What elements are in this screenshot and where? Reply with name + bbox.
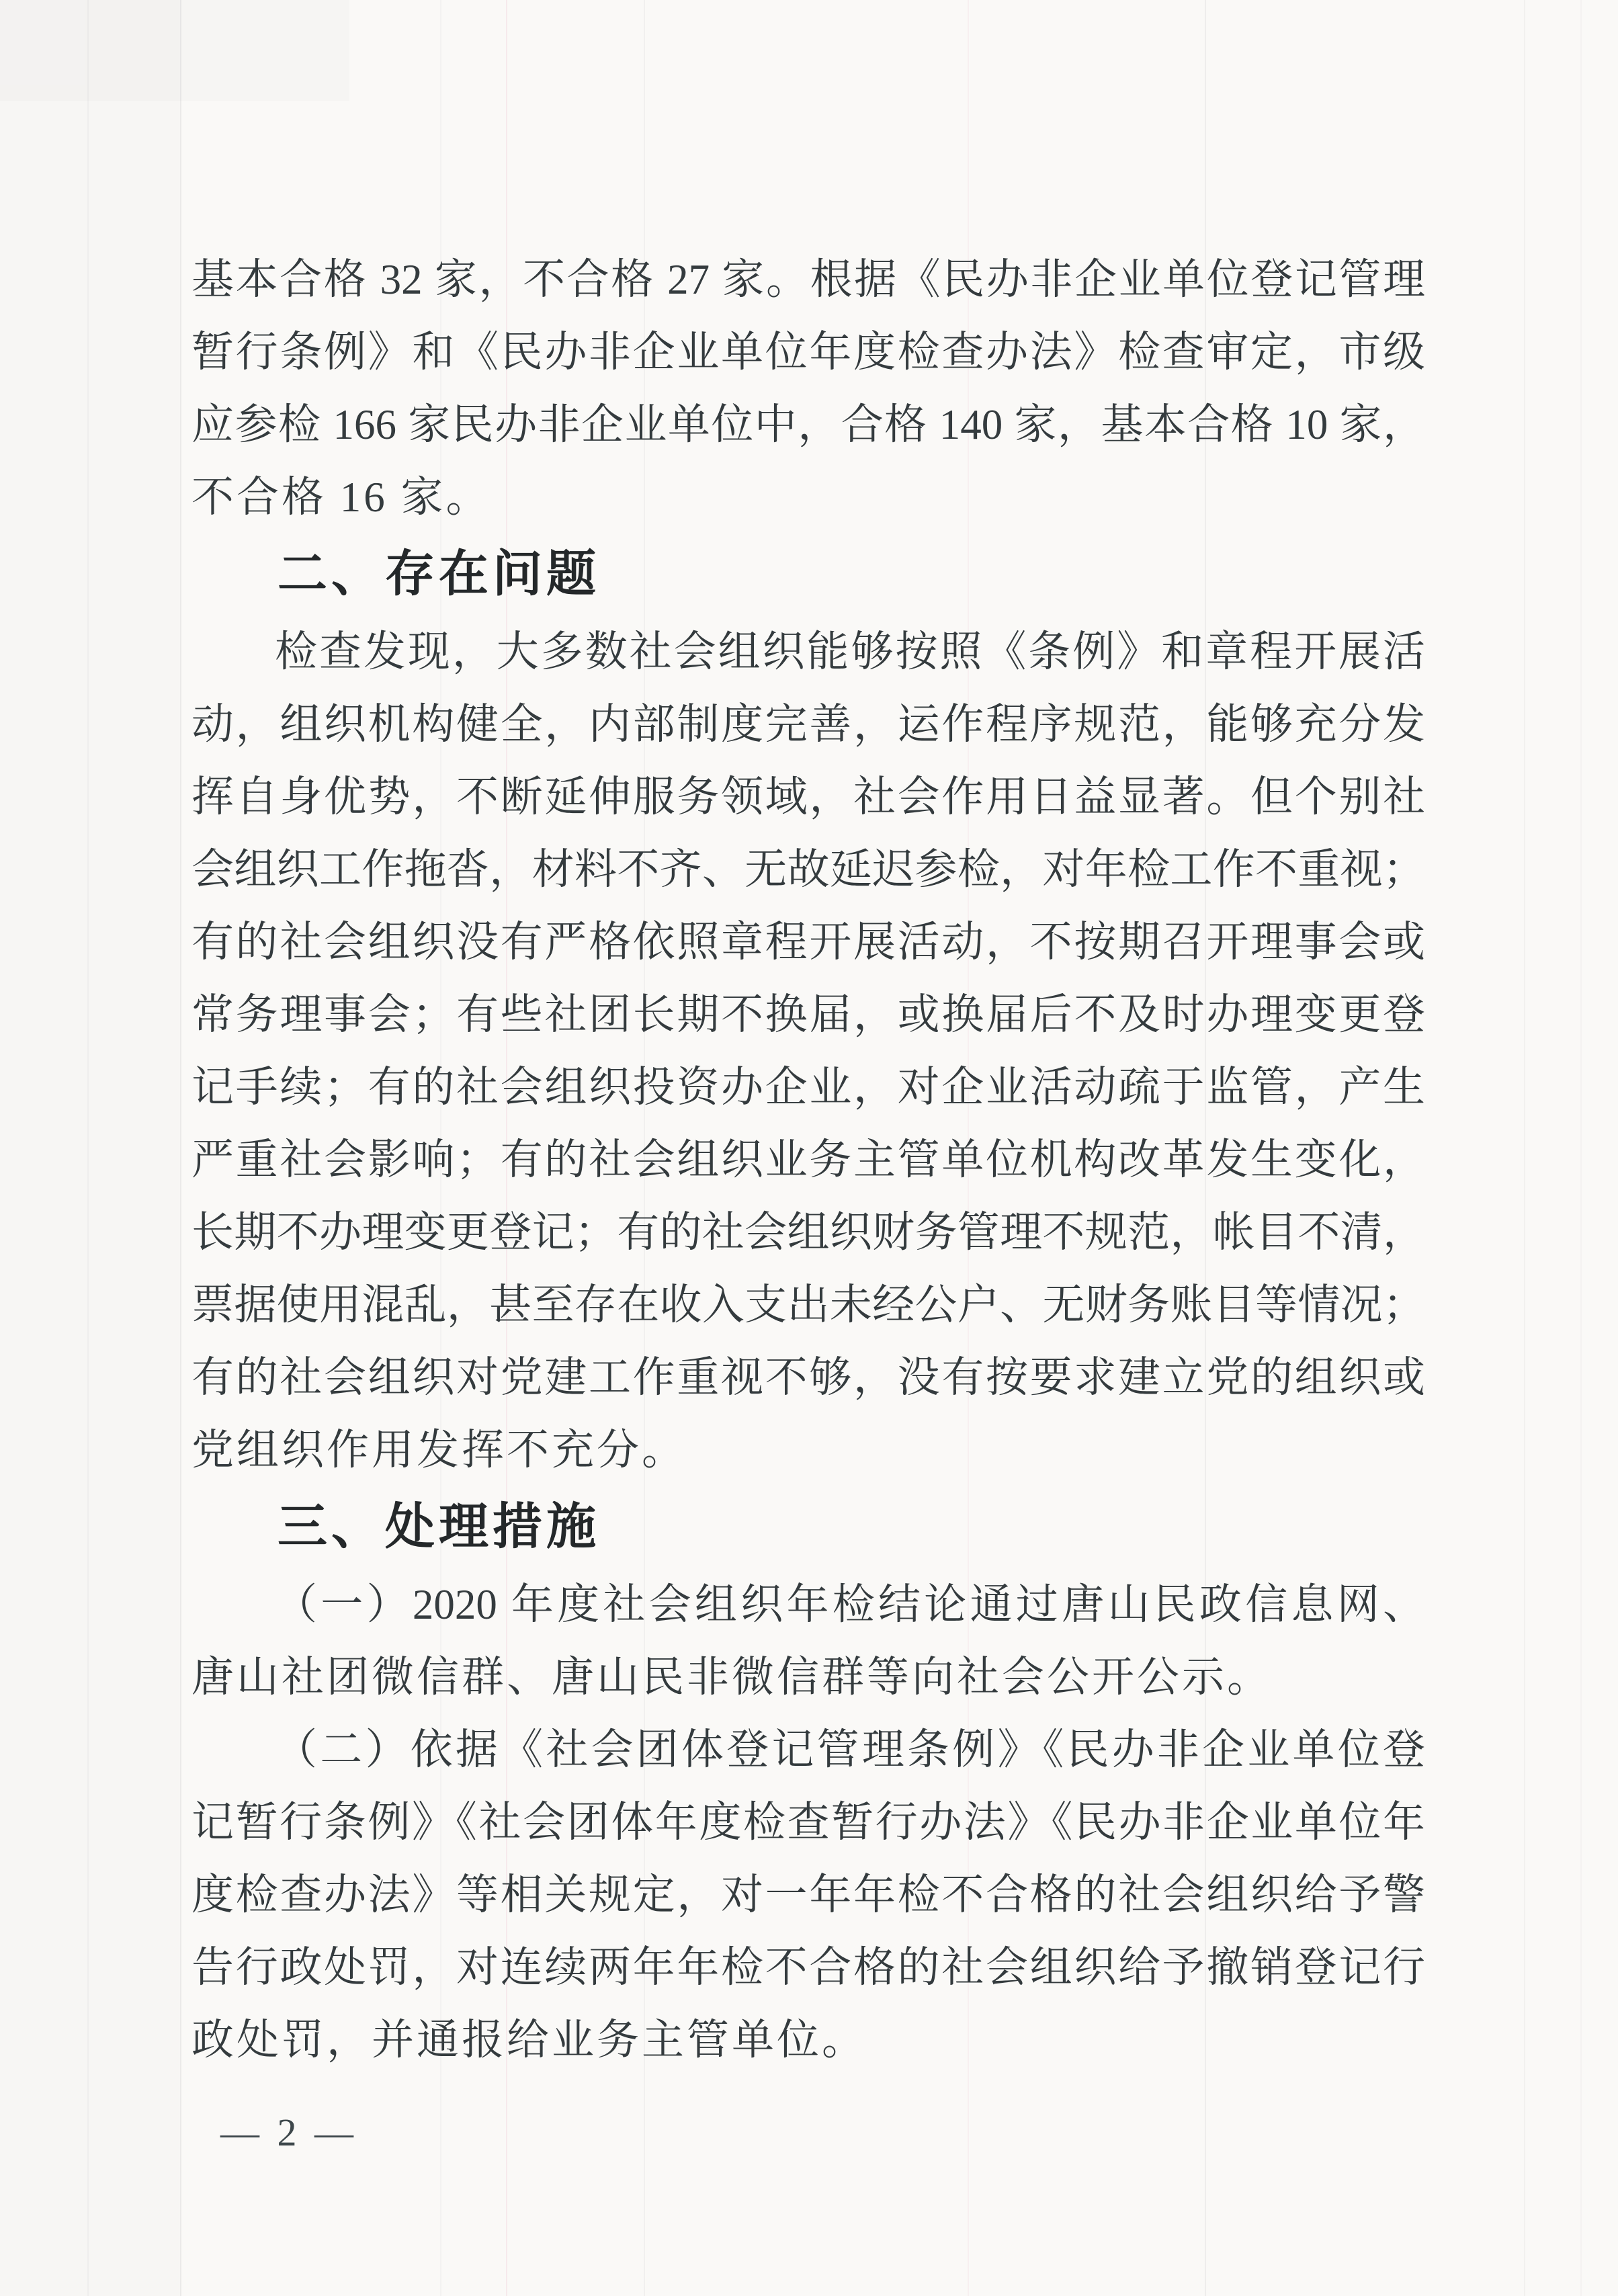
section-heading: 二、存在问题 — [191, 538, 1425, 610]
text-line: （一）2020 年度社会组织年检结论通过唐山民政信息网、 — [191, 1568, 1425, 1641]
scan-shade-topleft — [0, 0, 349, 101]
text-line: 有的社会组织没有严格依照章程开展活动，不按期召开理事会或 — [191, 906, 1425, 978]
text-line: 政处罚，并通报给业务主管单位。 — [191, 2004, 1425, 2076]
text-line: 动，组织机构健全，内部制度完善，运作程序规范，能够充分发 — [191, 688, 1425, 761]
page-number: — 2 — — [220, 2110, 357, 2155]
text-line: 记手续；有的社会组织投资办企业，对企业活动疏于监管，产生 — [191, 1051, 1425, 1123]
text-line: 检查发现，大多数社会组织能够按照《条例》和章程开展活 — [191, 615, 1425, 688]
text-line: 基本合格 32 家，不合格 27 家。根据《民办非企业单位登记管理 — [191, 243, 1425, 316]
scan-artifact-line — [87, 0, 89, 2296]
scan-artifact-line — [1580, 0, 1582, 2296]
text-line: 挥自身优势，不断延伸服务领域，社会作用日益显著。但个别社 — [191, 761, 1425, 833]
text-line: 告行政处罚，对连续两年年检不合格的社会组织给予撤销登记行 — [191, 1931, 1425, 2004]
text-line: 应参检 166 家民办非企业单位中，合格 140 家，基本合格 10 家， — [191, 388, 1425, 461]
text-line: 长期不办理变更登记；有的社会组织财务管理不规范，帐目不清， — [191, 1196, 1425, 1269]
document-body: 基本合格 32 家，不合格 27 家。根据《民办非企业单位登记管理暂行条例》和《… — [191, 243, 1425, 2076]
text-line: 有的社会组织对党建工作重视不够，没有按要求建立党的组织或 — [191, 1341, 1425, 1414]
text-line: 唐山社团微信群、唐山民非微信群等向社会公开公示。 — [191, 1641, 1425, 1713]
section-heading: 三、处理措施 — [191, 1490, 1425, 1563]
text-line: 不合格 16 家。 — [191, 461, 1425, 534]
text-line: 党组织作用发挥不充分。 — [191, 1414, 1425, 1486]
text-line: 度检查办法》等相关规定，对一年年检不合格的社会组织给予警 — [191, 1859, 1425, 1931]
text-line: 常务理事会；有些社团长期不换届，或换届后不及时办理变更登 — [191, 978, 1425, 1051]
text-line: 票据使用混乱，甚至存在收入支出未经公户、无财务账目等情况； — [191, 1269, 1425, 1341]
text-line: 暂行条例》和《民办非企业单位年度检查办法》检查审定，市级 — [191, 316, 1425, 388]
scan-shade-left — [0, 0, 180, 2296]
scan-artifact-line — [1524, 0, 1525, 2296]
text-line: 记暂行条例》《社会团体年度检查暂行办法》《民办非企业单位年 — [191, 1786, 1425, 1859]
scanned-document-page: 基本合格 32 家，不合格 27 家。根据《民办非企业单位登记管理暂行条例》和《… — [0, 0, 1618, 2296]
text-line: （二）依据《社会团体登记管理条例》《民办非企业单位登 — [191, 1713, 1425, 1786]
text-line: 会组织工作拖沓，材料不齐、无故延迟参检，对年检工作不重视； — [191, 833, 1425, 906]
text-line: 严重社会影响；有的社会组织业务主管单位机构改革发生变化， — [191, 1123, 1425, 1196]
scan-artifact-line — [180, 0, 181, 2296]
